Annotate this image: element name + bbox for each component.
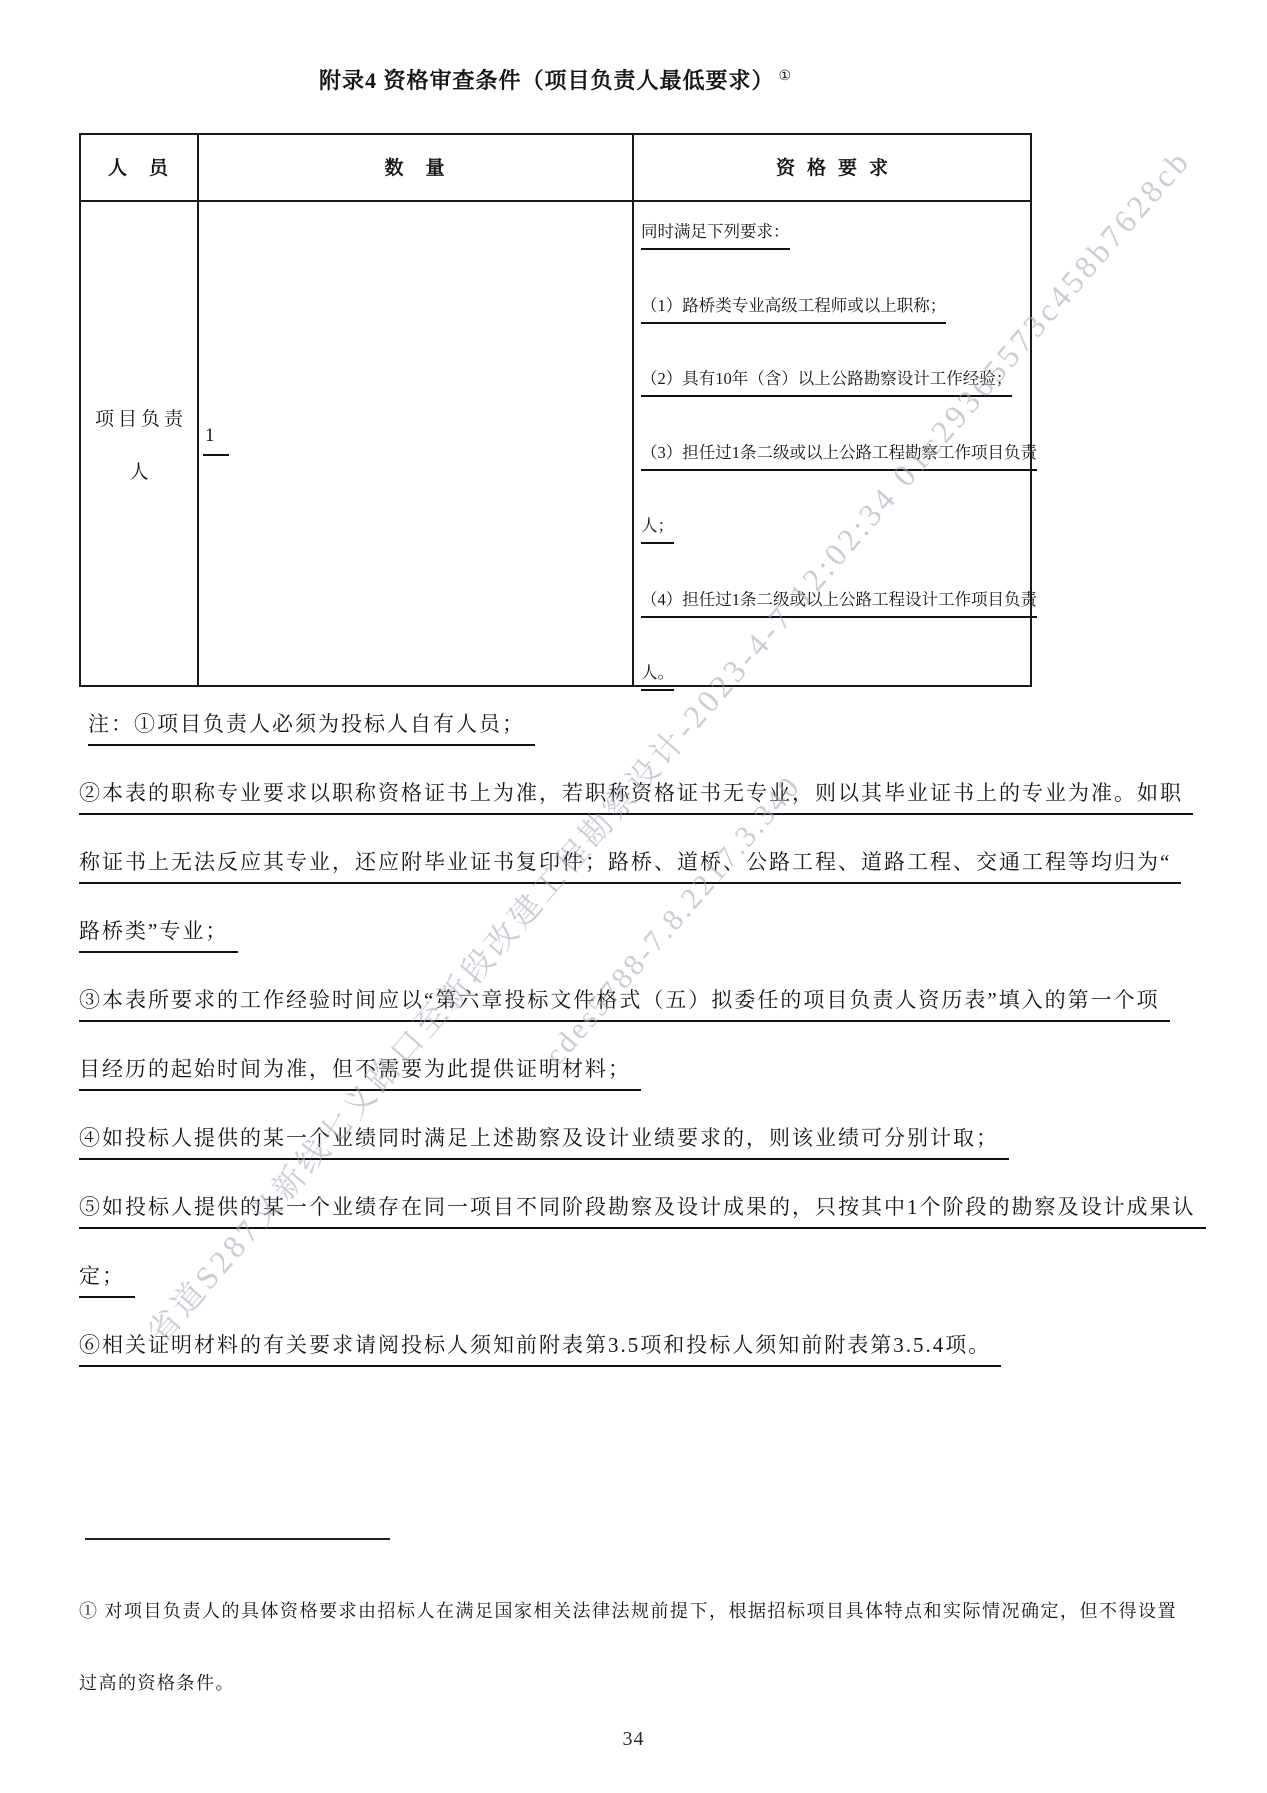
requirement-line: （4）担任过1条二级或以上公路工程设计工作项目负责 bbox=[641, 590, 1037, 618]
requirement-line: （2）具有10年（含）以上公路勘察设计工作经验； bbox=[641, 369, 1012, 397]
footnote-line: 过高的资格条件。 bbox=[79, 1646, 1191, 1718]
table-header-qualification: 资格要求 bbox=[632, 133, 1032, 200]
note-line: 路桥类”专业； bbox=[79, 915, 238, 953]
page-title: 附录4 资格审查条件（项目负责人最低要求）① bbox=[79, 64, 1032, 95]
note-line: ⑤如投标人提供的某一个业绩存在同一项目不同阶段勘察及设计成果的，只按其中1个阶段… bbox=[79, 1191, 1206, 1229]
page-number: 34 bbox=[0, 1728, 1267, 1751]
requirement-line: （3）担任过1条二级或以上公路工程勘察工作项目负责 bbox=[641, 443, 1037, 471]
table-column-divider bbox=[197, 133, 199, 687]
requirement-line: 人； bbox=[641, 516, 674, 544]
footnote-line: ① 对项目负责人的具体资格要求由招标人在满足国家相关法律法规前提下，根据招标项目… bbox=[79, 1574, 1191, 1646]
cell-personnel: 项目负责 人 bbox=[81, 202, 197, 685]
note-line: ②本表的职称专业要求以职称资格证书上为准，若职称资格证书无专业，则以其毕业证书上… bbox=[79, 777, 1193, 815]
cell-quantity: 1 bbox=[203, 425, 229, 447]
page-title-text: 附录4 资格审查条件（项目负责人最低要求） bbox=[319, 68, 775, 93]
note-line: 注：①项目负责人必须为投标人自有人员； bbox=[88, 708, 535, 746]
requirement-line: （1）路桥类专业高级工程师或以上职称； bbox=[641, 296, 946, 324]
title-footnote-marker: ① bbox=[778, 69, 792, 84]
personnel-text-line: 项目负责 bbox=[91, 404, 187, 431]
personnel-text-line: 人 bbox=[125, 457, 152, 484]
table-header-quantity: 数量 bbox=[197, 133, 632, 200]
note-line: ④如投标人提供的某一个业绩同时满足上述勘察及设计业绩要求的，则该业绩可分别计取； bbox=[79, 1122, 1009, 1160]
document-page: 省道S287义新线七义路口至新段改建工程勘察设计-2023-4-7 12:02:… bbox=[0, 0, 1267, 1793]
quantity-value: 1 bbox=[203, 425, 229, 456]
table-column-divider bbox=[632, 133, 634, 687]
requirement-line: 人。 bbox=[641, 663, 674, 691]
table-header-personnel: 人员 bbox=[79, 133, 197, 200]
cell-qualification-requirements: 同时满足下列要求： （1）路桥类专业高级工程师或以上职称； （2）具有10年（含… bbox=[641, 218, 1029, 733]
requirement-line: 同时满足下列要求： bbox=[641, 222, 790, 250]
table-header-divider bbox=[79, 200, 1032, 202]
note-line: 定； bbox=[79, 1260, 135, 1298]
note-line: 称证书上无法反应其专业，还应附毕业证书复印件；路桥、道桥、公路工程、道路工程、交… bbox=[79, 846, 1181, 884]
notes-section: 注：①项目负责人必须为投标人自有人员； ②本表的职称专业要求以职称资格证书上为准… bbox=[79, 692, 1197, 1382]
note-line: ③本表所要求的工作经验时间应以“第六章投标文件格式（五）拟委任的项目负责人资历表… bbox=[79, 984, 1170, 1022]
footnote-separator bbox=[85, 1538, 390, 1540]
note-line: ⑥相关证明材料的有关要求请阅投标人须知前附表第3.5项和投标人须知前附表第3.5… bbox=[79, 1329, 1001, 1367]
footnote-section: ① 对项目负责人的具体资格要求由招标人在满足国家相关法律法规前提下，根据招标项目… bbox=[79, 1574, 1191, 1718]
note-line: 目经历的起始时间为准，但不需要为此提供证明材料； bbox=[79, 1053, 641, 1091]
